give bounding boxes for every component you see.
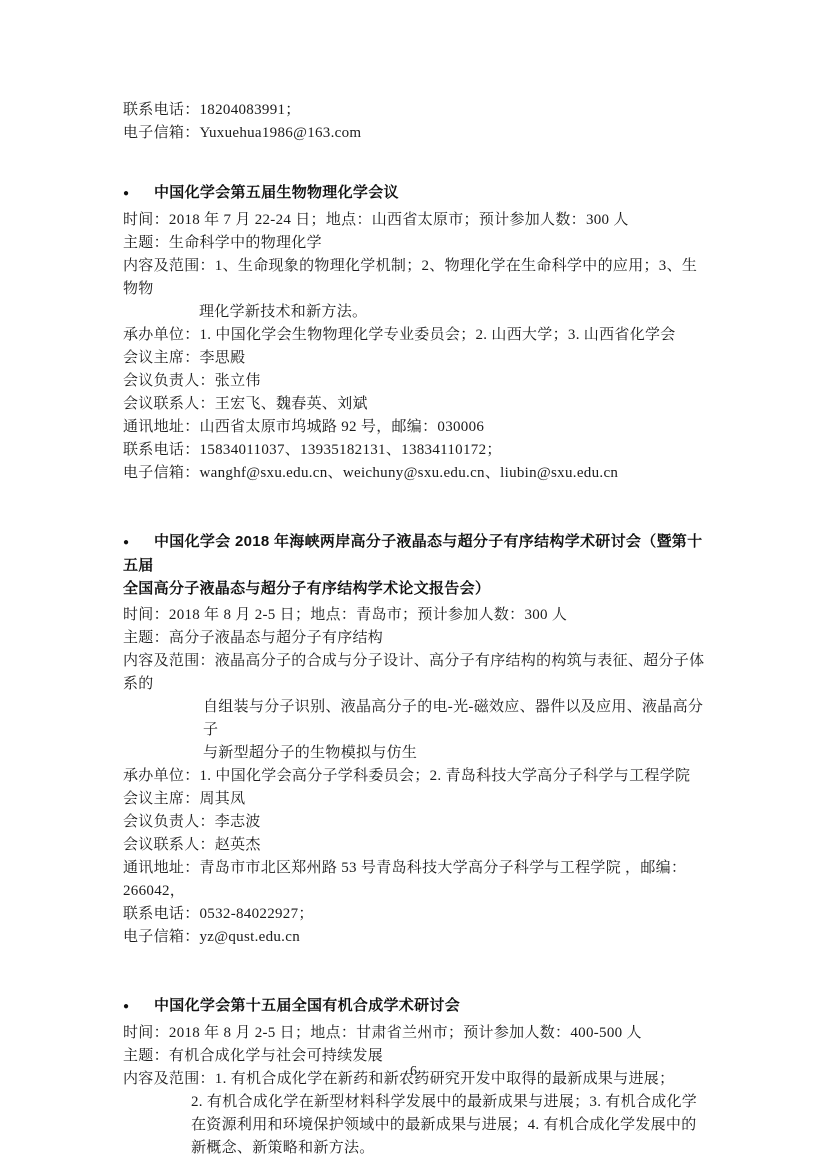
detail-line: 会议主席：周其凤 (123, 788, 708, 811)
section-title: ●中国化学会第五届生物物理化学会议 (123, 181, 708, 205)
contact-line: 电子信箱：Yuxuehua1986@163.com (123, 122, 708, 145)
section-title-text: 中国化学会第十五届全国有机合成学术研讨会 (154, 997, 460, 1014)
detail-line: 理化学新技术和新方法。 (123, 301, 708, 324)
detail-line: 通讯地址：山西省太原市坞城路 92 号，邮编：030006 (123, 416, 708, 439)
detail-line: 时间：2018 年 7 月 22-24 日；地点：山西省太原市；预计参加人数：3… (123, 209, 708, 232)
section-title-text: 中国化学会第五届生物物理化学会议 (154, 184, 399, 201)
detail-line: 2. 有机合成化学在新型材料科学发展中的最新成果与进展；3. 有机合成化学 (123, 1091, 708, 1114)
section-title-block: ●中国化学会第五届生物物理化学会议 (123, 181, 708, 205)
detail-line: 电子信箱：yz@qust.edu.cn (123, 926, 708, 949)
intro-block: 联系电话：18204083991；电子信箱：Yuxuehua1986@163.c… (123, 99, 708, 145)
detail-line: 会议联系人：赵英杰 (123, 834, 708, 857)
detail-line: 时间：2018 年 8 月 2-5 日；地点：甘肃省兰州市；预计参加人数：400… (123, 1022, 708, 1045)
document-content: 联系电话：18204083991；电子信箱：Yuxuehua1986@163.c… (123, 99, 708, 1160)
detail-line: 时间：2018 年 8 月 2-5 日；地点：青岛市；预计参加人数：300 人 (123, 604, 708, 627)
detail-line: 会议负责人：李志波 (123, 811, 708, 834)
detail-line: 在资源利用和环境保护领域中的最新成果与进展；4. 有机合成化学发展中的 (123, 1114, 708, 1137)
section-title: ●中国化学会 2018 年海峡两岸高分子液晶态与超分子有序结构学术研讨会（暨第十… (123, 530, 708, 577)
section-title: ●中国化学会第十五届全国有机合成学术研讨会 (123, 994, 708, 1018)
detail-line: 承办单位：1. 中国化学会生物物理化学专业委员会；2. 山西大学；3. 山西省化… (123, 324, 708, 347)
bullet-icon: ● (123, 531, 154, 554)
detail-line: 与新型超分子的生物模拟与仿生 (123, 742, 708, 765)
detail-line: 会议负责人：张立伟 (123, 370, 708, 393)
detail-line: 电子信箱：wanghf@sxu.edu.cn、weichuny@sxu.edu.… (123, 462, 708, 485)
detail-line: 通讯地址：青岛市市北区郑州路 53 号青岛科技大学高分子科学与工程学院 ，邮编：… (123, 857, 708, 903)
detail-line: 主题：高分子液晶态与超分子有序结构 (123, 627, 708, 650)
conference-section: ●中国化学会 2018 年海峡两岸高分子液晶态与超分子有序结构学术研讨会（暨第十… (123, 530, 708, 949)
contact-line: 联系电话：18204083991； (123, 99, 708, 122)
detail-line: 联系电话：0532-84022927； (123, 903, 708, 926)
document-page: 联系电话：18204083991；电子信箱：Yuxuehua1986@163.c… (0, 0, 827, 1169)
conference-section: ●中国化学会第五届生物物理化学会议时间：2018 年 7 月 22-24 日；地… (123, 181, 708, 485)
bullet-icon: ● (123, 995, 154, 1018)
detail-line: 联系电话：15834011037、13935182131、13834110172… (123, 439, 708, 462)
section-title-text: 中国化学会 2018 年海峡两岸高分子液晶态与超分子有序结构学术研讨会（暨第十五… (123, 533, 702, 574)
detail-line: 会议联系人：王宏飞、魏春英、刘斌 (123, 393, 708, 416)
section-title-wrap: 全国高分子液晶态与超分子有序结构学术论文报告会） (123, 577, 708, 600)
detail-line: 内容及范围：液晶高分子的合成与分子设计、高分子有序结构的构筑与表征、超分子体系的 (123, 650, 708, 696)
detail-line: 内容及范围：1、生命现象的物理化学机制；2、物理化学在生命科学中的应用；3、生物… (123, 255, 708, 301)
page-number: 6 (0, 1063, 827, 1081)
detail-line: 自组装与分子识别、液晶高分子的电-光-磁效应、器件以及应用、液晶高分子 (123, 696, 708, 742)
section-title-block: ●中国化学会 2018 年海峡两岸高分子液晶态与超分子有序结构学术研讨会（暨第十… (123, 530, 708, 600)
bullet-icon: ● (123, 182, 154, 205)
detail-line: 主题：生命科学中的物理化学 (123, 232, 708, 255)
detail-line: 新概念、新策略和新方法。 (123, 1137, 708, 1160)
detail-line: 会议主席：李思殿 (123, 347, 708, 370)
section-title-block: ●中国化学会第十五届全国有机合成学术研讨会 (123, 994, 708, 1018)
detail-line: 承办单位：1. 中国化学会高分子学科委员会；2. 青岛科技大学高分子科学与工程学… (123, 765, 708, 788)
